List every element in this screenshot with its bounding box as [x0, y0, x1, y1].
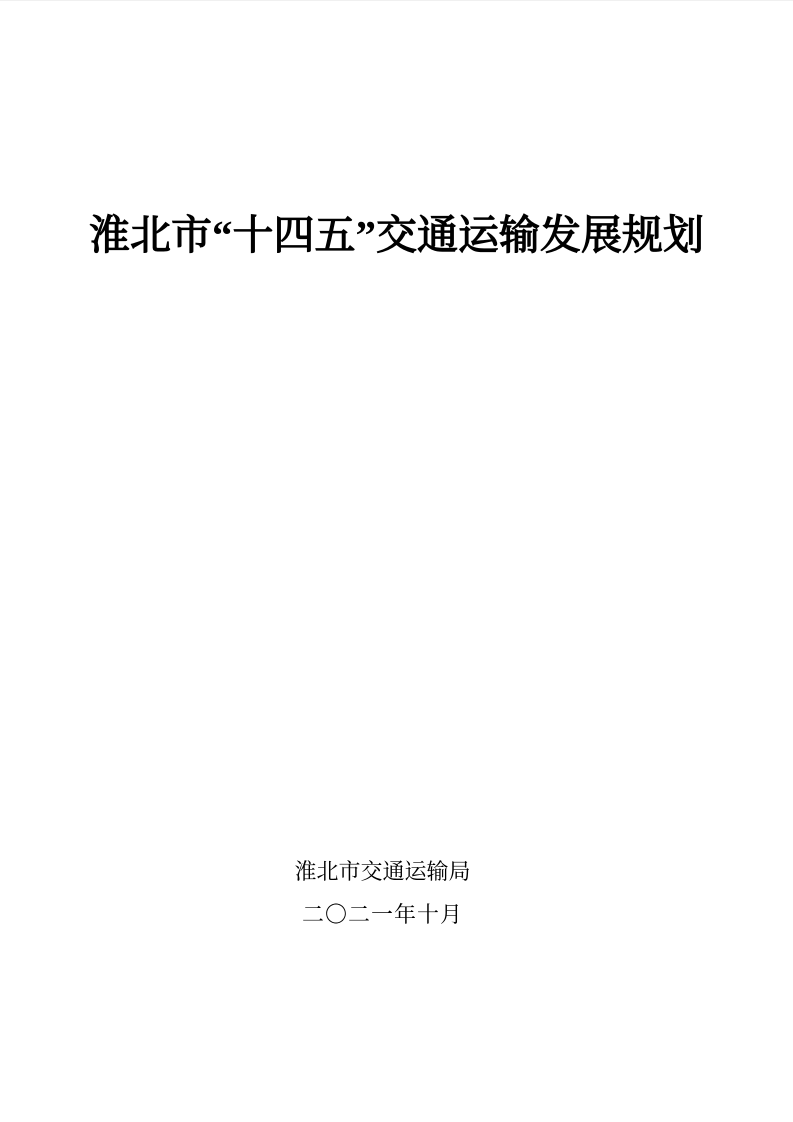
publisher-name: 淮北市交通运输局: [0, 857, 779, 887]
publication-date: 二〇二一年十月: [0, 900, 779, 930]
cover-footer: 淮北市交通运输局 二〇二一年十月: [0, 857, 793, 930]
document-page: 淮北市“十四五”交通运输发展规划 淮北市交通运输局 二〇二一年十月: [0, 0, 793, 1122]
document-title: 淮北市“十四五”交通运输发展规划: [0, 207, 793, 263]
